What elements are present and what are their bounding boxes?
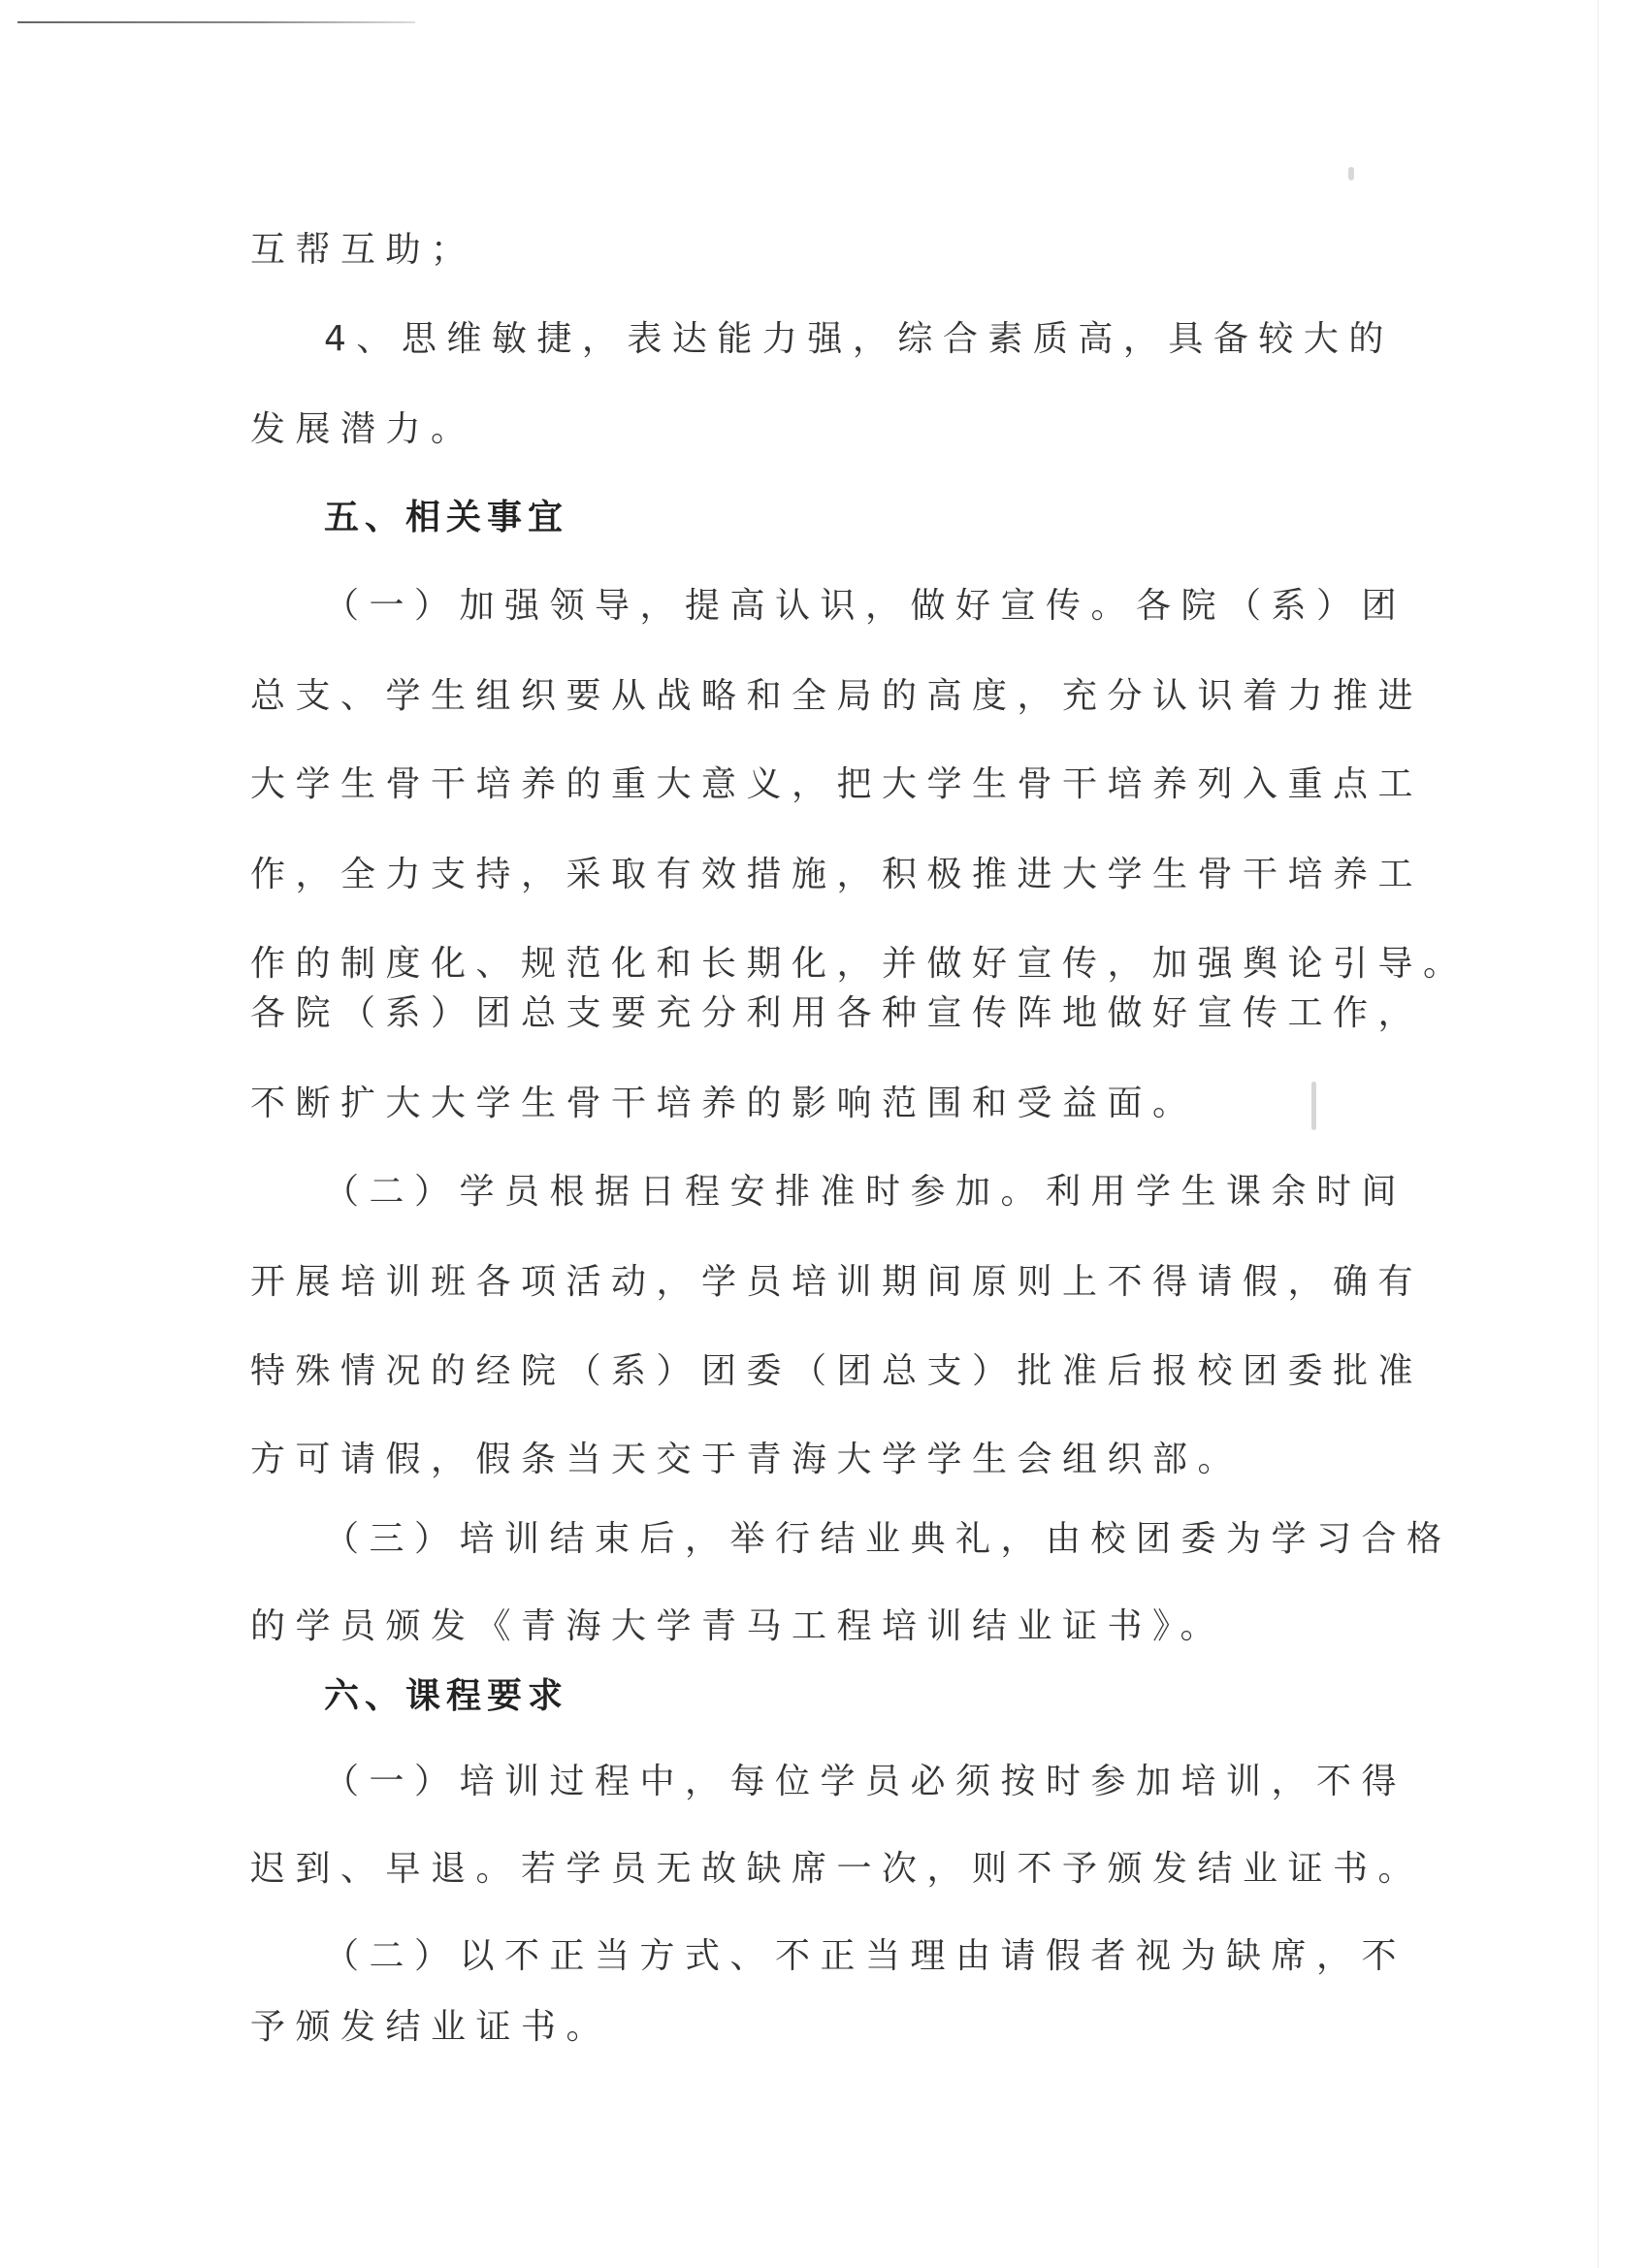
paragraph-line: （二）学员根据日程安排准时参加。利用学生课余时间 (324, 1171, 1406, 1214)
paragraph-line: （一）加强领导，提高认识，做好宣传。各院（系）团 (324, 585, 1406, 628)
paragraph-line: 各院（系）团总支要充分利用各种宣传阵地做好宣传工作， (250, 992, 1423, 1035)
list-item-4: 4、思维敏捷，表达能力强，综合素质高，具备较大的 (324, 318, 1394, 361)
paragraph-line: 作，全力支持，采取有效措施，积极推进大学生骨干培养工 (250, 854, 1423, 896)
paragraph-line: 大学生骨干培养的重大意义，把大学生骨干培养列入重点工 (250, 763, 1423, 806)
section-heading-5: 五、相关事宜 (324, 497, 568, 539)
paragraph-line: 互帮互助； (250, 229, 476, 272)
paragraph-line: 总支、学生组织要从战略和全局的高度，充分认识着力推进 (250, 675, 1423, 718)
paragraph-line: 作的制度化、规范化和长期化，并做好宣传，加强舆论引导。 (250, 943, 1469, 986)
paragraph-line: 发展潜力。 (250, 408, 476, 451)
paragraph-line: （二）以不正当方式、不正当理由请假者视为缺席，不 (324, 1935, 1406, 1978)
paragraph-line: 迟到、早退。若学员无故缺席一次，则不予颁发结业证书。 (250, 1848, 1423, 1891)
section-heading-6: 六、课程要求 (324, 1675, 568, 1718)
top-rule-line (17, 21, 415, 23)
paragraph-line: 开展培训班各项活动，学员培训期间原则上不得请假，确有 (250, 1261, 1423, 1304)
paragraph-line: （三）培训结束后，举行结业典礼，由校团委为学习合格 (324, 1518, 1452, 1561)
scan-speck (1348, 167, 1354, 180)
scan-speck (1311, 1082, 1316, 1130)
paragraph-line: （一）培训过程中，每位学员必须按时参加培训，不得 (324, 1761, 1406, 1803)
paragraph-line: 予颁发结业证书。 (250, 2006, 611, 2049)
paragraph-line: 特殊情况的经院（系）团委（团总支）批准后报校团委批准 (250, 1350, 1423, 1393)
paragraph-line: 不断扩大大学生骨干培养的影响范围和受益面。 (250, 1083, 1198, 1125)
paragraph-line: 的学员颁发《青海大学青马工程培训结业证书》。 (250, 1605, 1225, 1648)
paragraph-line: 方可请假，假条当天交于青海大学学生会组织部。 (250, 1439, 1243, 1481)
scan-edge (1598, 0, 1599, 2268)
